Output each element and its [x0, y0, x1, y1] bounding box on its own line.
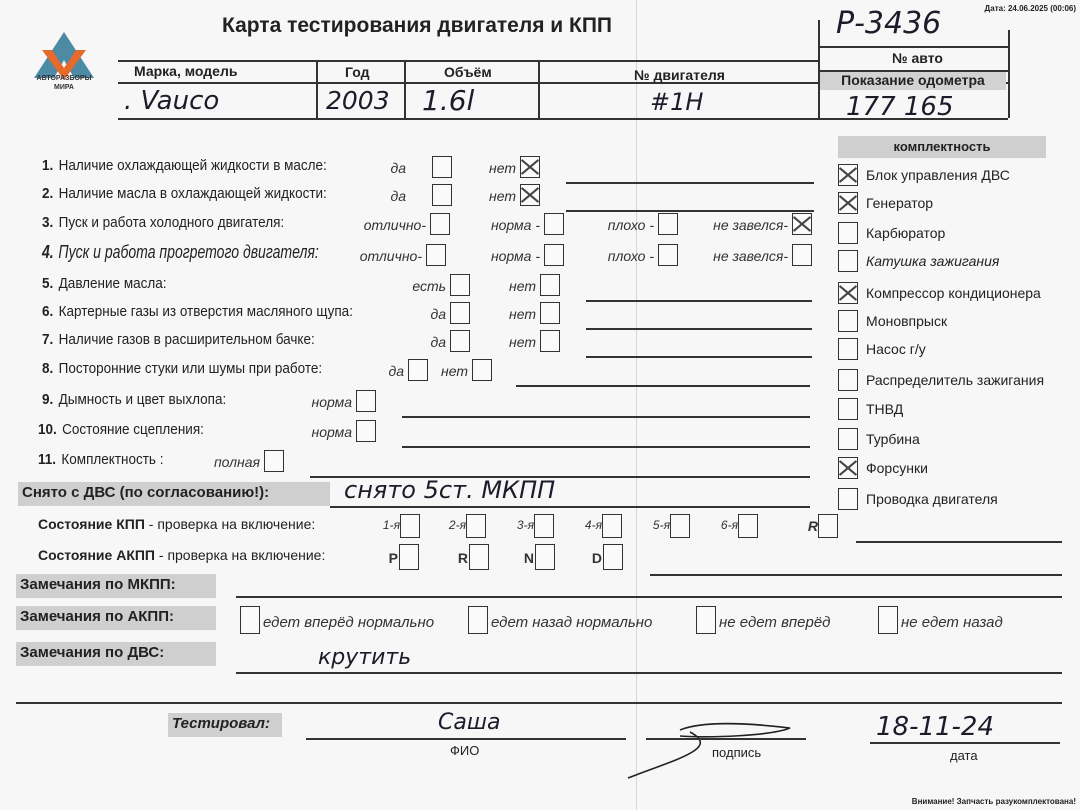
question-text: 4.Пуск и работа прогретого двигателя:	[42, 242, 319, 263]
col-sep-3	[538, 60, 540, 118]
date-value: 18-11-24	[876, 712, 994, 742]
remark-line[interactable]	[402, 416, 810, 418]
kit-item-label: Блок управления ДВС	[866, 167, 1010, 183]
option-checkbox[interactable]	[264, 450, 284, 472]
option-label: да	[390, 188, 406, 204]
question-number: 6.	[42, 303, 53, 320]
option-label: не завелся-	[713, 248, 788, 264]
kit-item-label: Насос г/у	[866, 341, 926, 357]
question-label: Пуск и работа холодного двигателя:	[59, 214, 284, 231]
option-label: да	[388, 363, 404, 379]
paper-fold	[636, 0, 637, 810]
signature-line	[646, 738, 806, 740]
page-title: Карта тестирования двигателя и КПП	[222, 14, 612, 38]
col-year-header: Год	[345, 64, 370, 80]
logo-text-2: МИРА	[26, 84, 102, 91]
gear-label: 3-я	[517, 518, 534, 532]
question-text: 1.Наличие охлаждающей жидкости в масле:	[42, 157, 327, 174]
option-label: да	[390, 160, 406, 176]
auto-gear-label: P	[389, 550, 398, 566]
auto-gear-label: D	[592, 550, 602, 566]
kit-checkbox[interactable]	[838, 488, 858, 510]
gear-checkbox[interactable]	[602, 514, 622, 538]
question-number: 5.	[42, 275, 53, 292]
car-number-value: Р-3436	[836, 6, 941, 41]
kpp-line	[856, 541, 1062, 543]
engine-no-value: #1H	[650, 88, 703, 116]
question-text: 10.Состояние сцепления:	[38, 421, 204, 438]
question-number: 10.	[38, 421, 57, 438]
kit-checkbox[interactable]	[838, 282, 858, 304]
option-checkbox[interactable]	[432, 156, 452, 178]
kit-checkbox[interactable]	[838, 250, 858, 272]
name-line	[306, 738, 626, 740]
akpp-label: Состояние АКПП - проверка на включение:	[38, 547, 325, 563]
kit-title: комплектность	[838, 136, 1046, 158]
kit-checkbox[interactable]	[838, 164, 858, 186]
col-engine-header: № двигателя	[634, 67, 725, 83]
question-text: 5.Давление масла:	[42, 275, 166, 292]
logo-text-1: АВТОРАЗБОРЫ	[26, 75, 102, 82]
option-checkbox[interactable]	[544, 213, 564, 235]
option-label: нет	[441, 363, 468, 379]
kit-checkbox[interactable]	[838, 369, 858, 391]
year-value: 2003	[326, 86, 390, 115]
akpp-remark-checkbox[interactable]	[878, 606, 898, 634]
question-text: 8.Посторонние стуки или шумы при работе:	[42, 360, 322, 377]
question-label: Пуск и работа прогретого двигателя:	[58, 242, 318, 262]
hdr-line-auto-top	[818, 46, 1008, 48]
mkpp-remarks-label: Замечания по МКПП:	[16, 574, 216, 598]
engine-remarks-line	[236, 672, 1062, 674]
auto-gear-label: N	[524, 550, 534, 566]
col-car-no-header: № авто	[892, 50, 943, 66]
akpp-remark-label: едет вперёд нормально	[263, 614, 434, 631]
removed-line	[330, 506, 810, 508]
question-text: 7.Наличие газов в расширительном бачке:	[42, 331, 315, 348]
akpp-label-rest: - проверка на включение:	[155, 547, 325, 563]
auto-gear-label: R	[458, 550, 468, 566]
tested-label: Тестировал:	[168, 713, 282, 737]
question-text: 6.Картерные газы из отверстия масляного …	[42, 303, 353, 320]
question-text: 3.Пуск и работа холодного двигателя:	[42, 214, 284, 231]
gear-label: 2-я	[449, 518, 466, 532]
col-sep-5	[1008, 46, 1010, 118]
option-label: отлично-	[360, 248, 422, 264]
remark-line[interactable]	[586, 328, 812, 330]
akpp-line	[650, 574, 1062, 576]
option-label: отлично-	[364, 217, 426, 233]
engine-remarks-label: Замечания по ДВС:	[16, 642, 216, 666]
gear-checkbox[interactable]	[400, 514, 420, 538]
gear-checkbox[interactable]	[738, 514, 758, 538]
gear-checkbox[interactable]	[466, 514, 486, 538]
kit-checkbox[interactable]	[838, 192, 858, 214]
gear-label: 4-я	[585, 518, 602, 532]
option-checkbox[interactable]	[792, 213, 812, 235]
option-label: норма -	[491, 217, 540, 233]
option-checkbox[interactable]	[540, 330, 560, 352]
question-label: Дымность и цвет выхлопа:	[59, 391, 227, 408]
kit-item-label: Проводка двигателя	[866, 491, 998, 507]
signature-caption: подпись	[712, 745, 761, 760]
kpp-label: Состояние КПП - проверка на включение:	[38, 516, 315, 532]
option-checkbox[interactable]	[540, 302, 560, 324]
question-text: 9.Дымность и цвет выхлопа:	[42, 391, 226, 408]
option-checkbox[interactable]	[430, 213, 450, 235]
hdr-line-top	[118, 60, 818, 62]
kit-item-label: Моновпрыск	[866, 313, 947, 329]
kit-checkbox[interactable]	[838, 457, 858, 479]
col-sep-2	[404, 60, 406, 118]
make-value: . Vauco	[124, 86, 219, 116]
mkpp-remarks-line	[236, 596, 1062, 598]
question-label: Наличие охлаждающей жидкости в масле:	[59, 157, 327, 174]
gear-checkbox[interactable]	[818, 514, 838, 538]
col-sep-1	[316, 60, 318, 118]
car-number-box-left	[818, 20, 820, 46]
option-label: нет	[489, 160, 516, 176]
col-make-header: Марка, модель	[134, 63, 237, 79]
gear-label: 5-я	[653, 518, 670, 532]
question-label: Картерные газы из отверстия масляного щу…	[59, 303, 353, 320]
option-label: нет	[509, 306, 536, 322]
col-odometer-header: Показание одометра	[820, 72, 1006, 90]
option-checkbox[interactable]	[426, 244, 446, 266]
option-checkbox[interactable]	[356, 390, 376, 412]
akpp-remark-checkbox[interactable]	[468, 606, 488, 634]
option-label: да	[430, 306, 446, 322]
auto-gear-checkbox[interactable]	[603, 544, 623, 570]
col-volume-header: Объём	[444, 64, 492, 80]
option-checkbox[interactable]	[432, 184, 452, 206]
kit-item-label: Турбина	[866, 431, 920, 447]
option-checkbox[interactable]	[356, 420, 376, 442]
remark-line[interactable]	[516, 385, 810, 387]
question-number: 8.	[42, 360, 53, 377]
option-checkbox[interactable]	[450, 302, 470, 324]
kpp-label-bold: Состояние КПП	[38, 516, 145, 532]
kit-item-label: ТНВД	[866, 401, 903, 417]
kit-checkbox[interactable]	[838, 338, 858, 360]
option-label: плохо -	[608, 217, 654, 233]
option-checkbox[interactable]	[408, 359, 428, 381]
option-label: есть	[412, 278, 446, 294]
option-label: не завелся-	[713, 217, 788, 233]
car-number-box-right	[1008, 30, 1010, 46]
option-checkbox[interactable]	[544, 244, 564, 266]
kit-checkbox[interactable]	[838, 398, 858, 420]
name-caption: ФИО	[450, 743, 479, 758]
gear-label: R	[808, 518, 818, 534]
option-label: норма	[311, 394, 352, 410]
akpp-label-bold: Состояние АКПП	[38, 547, 155, 563]
date-caption: дата	[950, 748, 978, 763]
removed-label: Снято с ДВС (по согласованию!):	[18, 482, 330, 506]
question-label: Комплектность :	[61, 451, 163, 468]
option-checkbox[interactable]	[520, 184, 540, 206]
akpp-remarks-label: Замечания по АКПП:	[16, 606, 216, 630]
question-number: 2.	[42, 185, 53, 202]
question-number: 3.	[42, 214, 53, 231]
option-label: нет	[489, 188, 516, 204]
option-label: нет	[509, 334, 536, 350]
remark-line[interactable]	[586, 356, 812, 358]
kit-item-label: Форсунки	[866, 460, 928, 476]
question-label: Состояние сцепления:	[62, 421, 204, 438]
kit-item-label: Карбюратор	[866, 225, 945, 241]
kit-checkbox[interactable]	[838, 310, 858, 332]
gear-label: 1-я	[383, 518, 400, 532]
gear-checkbox[interactable]	[670, 514, 690, 538]
option-checkbox[interactable]	[540, 274, 560, 296]
remark-line[interactable]	[566, 182, 814, 184]
question-text: 2.Наличие масла в охлаждающей жидкости:	[42, 185, 327, 202]
akpp-remark-label: не едет назад	[901, 614, 1003, 631]
option-checkbox[interactable]	[472, 359, 492, 381]
option-checkbox[interactable]	[450, 330, 470, 352]
odometer-value: 177 165	[846, 92, 954, 122]
brand-logo: АВТОРАЗБОРЫ МИРА	[32, 30, 96, 94]
remark-line[interactable]	[566, 210, 814, 212]
option-label: норма	[311, 424, 352, 440]
question-text: 11.Комплектность :	[38, 451, 163, 468]
gear-label: 6-я	[721, 518, 738, 532]
option-label: норма -	[491, 248, 540, 264]
option-label: да	[430, 334, 446, 350]
kit-item-label: Компрессор кондиционера	[866, 285, 1041, 301]
option-checkbox[interactable]	[792, 244, 812, 266]
question-number: 4.	[42, 242, 54, 262]
akpp-remark-checkbox[interactable]	[240, 606, 260, 634]
kit-item-label: Распределитель зажигания	[866, 372, 1044, 388]
akpp-remark-label: не едет вперёд	[719, 614, 830, 631]
question-number: 1.	[42, 157, 53, 174]
akpp-remark-checkbox[interactable]	[696, 606, 716, 634]
auto-gear-checkbox[interactable]	[469, 544, 489, 570]
option-label: полная	[214, 454, 260, 470]
extra-line	[16, 702, 1062, 704]
question-number: 9.	[42, 391, 53, 408]
gear-checkbox[interactable]	[534, 514, 554, 538]
option-checkbox[interactable]	[520, 156, 540, 178]
kit-item-label: Катушка зажигания	[866, 253, 999, 269]
warning-text: Внимание! Запчасть разукомплектована!	[912, 797, 1076, 806]
removed-value: снято 5ст. МКПП	[344, 476, 555, 504]
kpp-label-rest: - проверка на включение:	[145, 516, 315, 532]
auto-gear-checkbox[interactable]	[399, 544, 419, 570]
akpp-remark-label: едет назад нормально	[491, 614, 652, 631]
question-label: Наличие масла в охлаждающей жидкости:	[59, 185, 327, 202]
option-checkbox[interactable]	[658, 213, 678, 235]
option-checkbox[interactable]	[658, 244, 678, 266]
date-line	[870, 742, 1060, 744]
engine-remarks-value: крутить	[318, 645, 411, 670]
question-number: 7.	[42, 331, 53, 348]
kit-item-label: Генератор	[866, 195, 933, 211]
option-label: нет	[509, 278, 536, 294]
question-number: 11.	[38, 451, 56, 468]
auto-gear-checkbox[interactable]	[535, 544, 555, 570]
kit-checkbox[interactable]	[838, 222, 858, 244]
remark-line[interactable]	[402, 446, 810, 448]
remark-line[interactable]	[586, 300, 812, 302]
tester-name: Саша	[438, 710, 500, 735]
print-date: Дата: 24.06.2025 (00:06)	[985, 4, 1076, 13]
kit-checkbox[interactable]	[838, 428, 858, 450]
question-label: Посторонние стуки или шумы при работе:	[59, 360, 323, 377]
question-label: Давление масла:	[59, 275, 167, 292]
option-checkbox[interactable]	[450, 274, 470, 296]
question-label: Наличие газов в расширительном бачке:	[59, 331, 315, 348]
option-label: плохо -	[608, 248, 654, 264]
volume-value: 1.6l	[422, 84, 474, 117]
